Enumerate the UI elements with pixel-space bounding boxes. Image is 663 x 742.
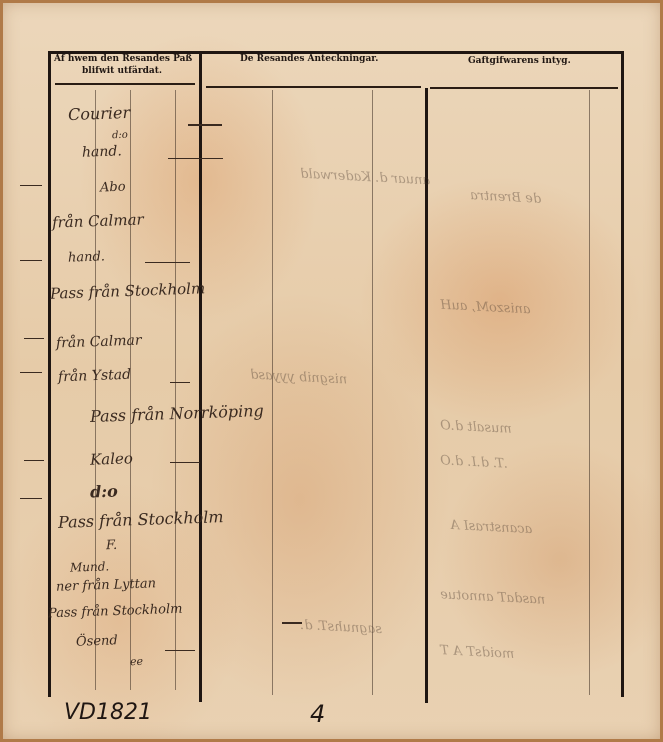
handwritten-entry: hand. — [68, 249, 105, 265]
header-col1-line2: blifwit utfärdat. — [82, 66, 162, 76]
bleed-through-text: nasdaT annotue — [440, 587, 546, 607]
entry-dash — [170, 382, 190, 383]
margin-tick — [20, 260, 42, 261]
handwritten-entry: Pass från Stockholm — [48, 602, 183, 622]
margin-tick — [20, 185, 42, 186]
handwritten-entry: d:o — [90, 482, 118, 502]
handwritten-entry: F. — [106, 538, 118, 553]
entry-dash — [282, 622, 302, 624]
margin-tick — [20, 372, 42, 373]
handwritten-entry: Abo — [100, 180, 126, 196]
header-sub-rule — [55, 83, 195, 85]
entry-dash — [145, 262, 190, 263]
scanned-document-page: Af hwem den Resandes Paß blifwit utfärda… — [0, 0, 663, 742]
handwritten-entry: Kaleo — [90, 449, 133, 468]
header-sub-rule — [430, 87, 618, 89]
bleed-through-text: nisgnib yyyasd — [250, 367, 348, 387]
header-col3: Gaftgifwarens intyg. — [468, 56, 571, 66]
handwritten-entry: d:o — [112, 130, 128, 142]
entry-dash — [188, 124, 222, 126]
page-number: 4 — [310, 700, 325, 728]
column-rule-left — [48, 52, 51, 697]
column-rule-right — [621, 52, 624, 697]
handwritten-entry: Pass från Stockholm — [50, 279, 206, 302]
sub-column-rule — [175, 90, 176, 690]
entry-dash — [165, 650, 195, 651]
margin-tick — [20, 498, 42, 499]
bleed-through-text: musalt d.O — [440, 418, 512, 437]
sub-column-rule — [272, 90, 273, 695]
handwritten-entry: hand. — [82, 143, 122, 160]
sub-column-rule — [589, 90, 590, 695]
handwritten-entry: Pass från Norrköping — [90, 401, 264, 426]
column-rule-1 — [199, 52, 202, 702]
margin-tick — [24, 338, 44, 339]
handwritten-entry: ner från Lyttan — [56, 576, 156, 594]
handwritten-entry: ee — [130, 655, 143, 668]
handwritten-entry: från Calmar — [56, 333, 142, 352]
header-sub-rule — [206, 86, 421, 88]
sub-column-rule — [130, 90, 131, 690]
bleed-through-text: sagnuhsT. d. — [300, 618, 383, 637]
bleed-through-text: de Brentra — [470, 188, 542, 207]
handwritten-entry: Courier — [68, 103, 131, 124]
handwritten-entry: från Ystad — [58, 367, 132, 386]
bleed-through-text: .T. d.I. d.O — [440, 453, 509, 472]
entry-dash — [170, 462, 200, 463]
bleed-through-text: acanstrasI A — [450, 518, 533, 537]
margin-tick — [24, 460, 44, 461]
header-col2: De Resandes Anteckningar. — [240, 54, 378, 64]
sub-column-rule — [95, 90, 96, 690]
bleed-through-text: aniszoM, auH — [440, 298, 531, 318]
bleed-through-text: moidsT A T — [440, 643, 515, 662]
handwritten-entry: Mund. — [70, 559, 110, 574]
handwritten-entry: från Calmar — [52, 210, 144, 231]
catalog-mark: VD1821 — [64, 700, 152, 725]
entry-dash — [168, 158, 223, 159]
header-col1-line1: Af hwem den Resandes Paß — [54, 54, 192, 64]
bleed-through-text: anuar d. Kaderwald — [300, 167, 431, 189]
handwritten-entry: Ösend — [76, 633, 118, 649]
